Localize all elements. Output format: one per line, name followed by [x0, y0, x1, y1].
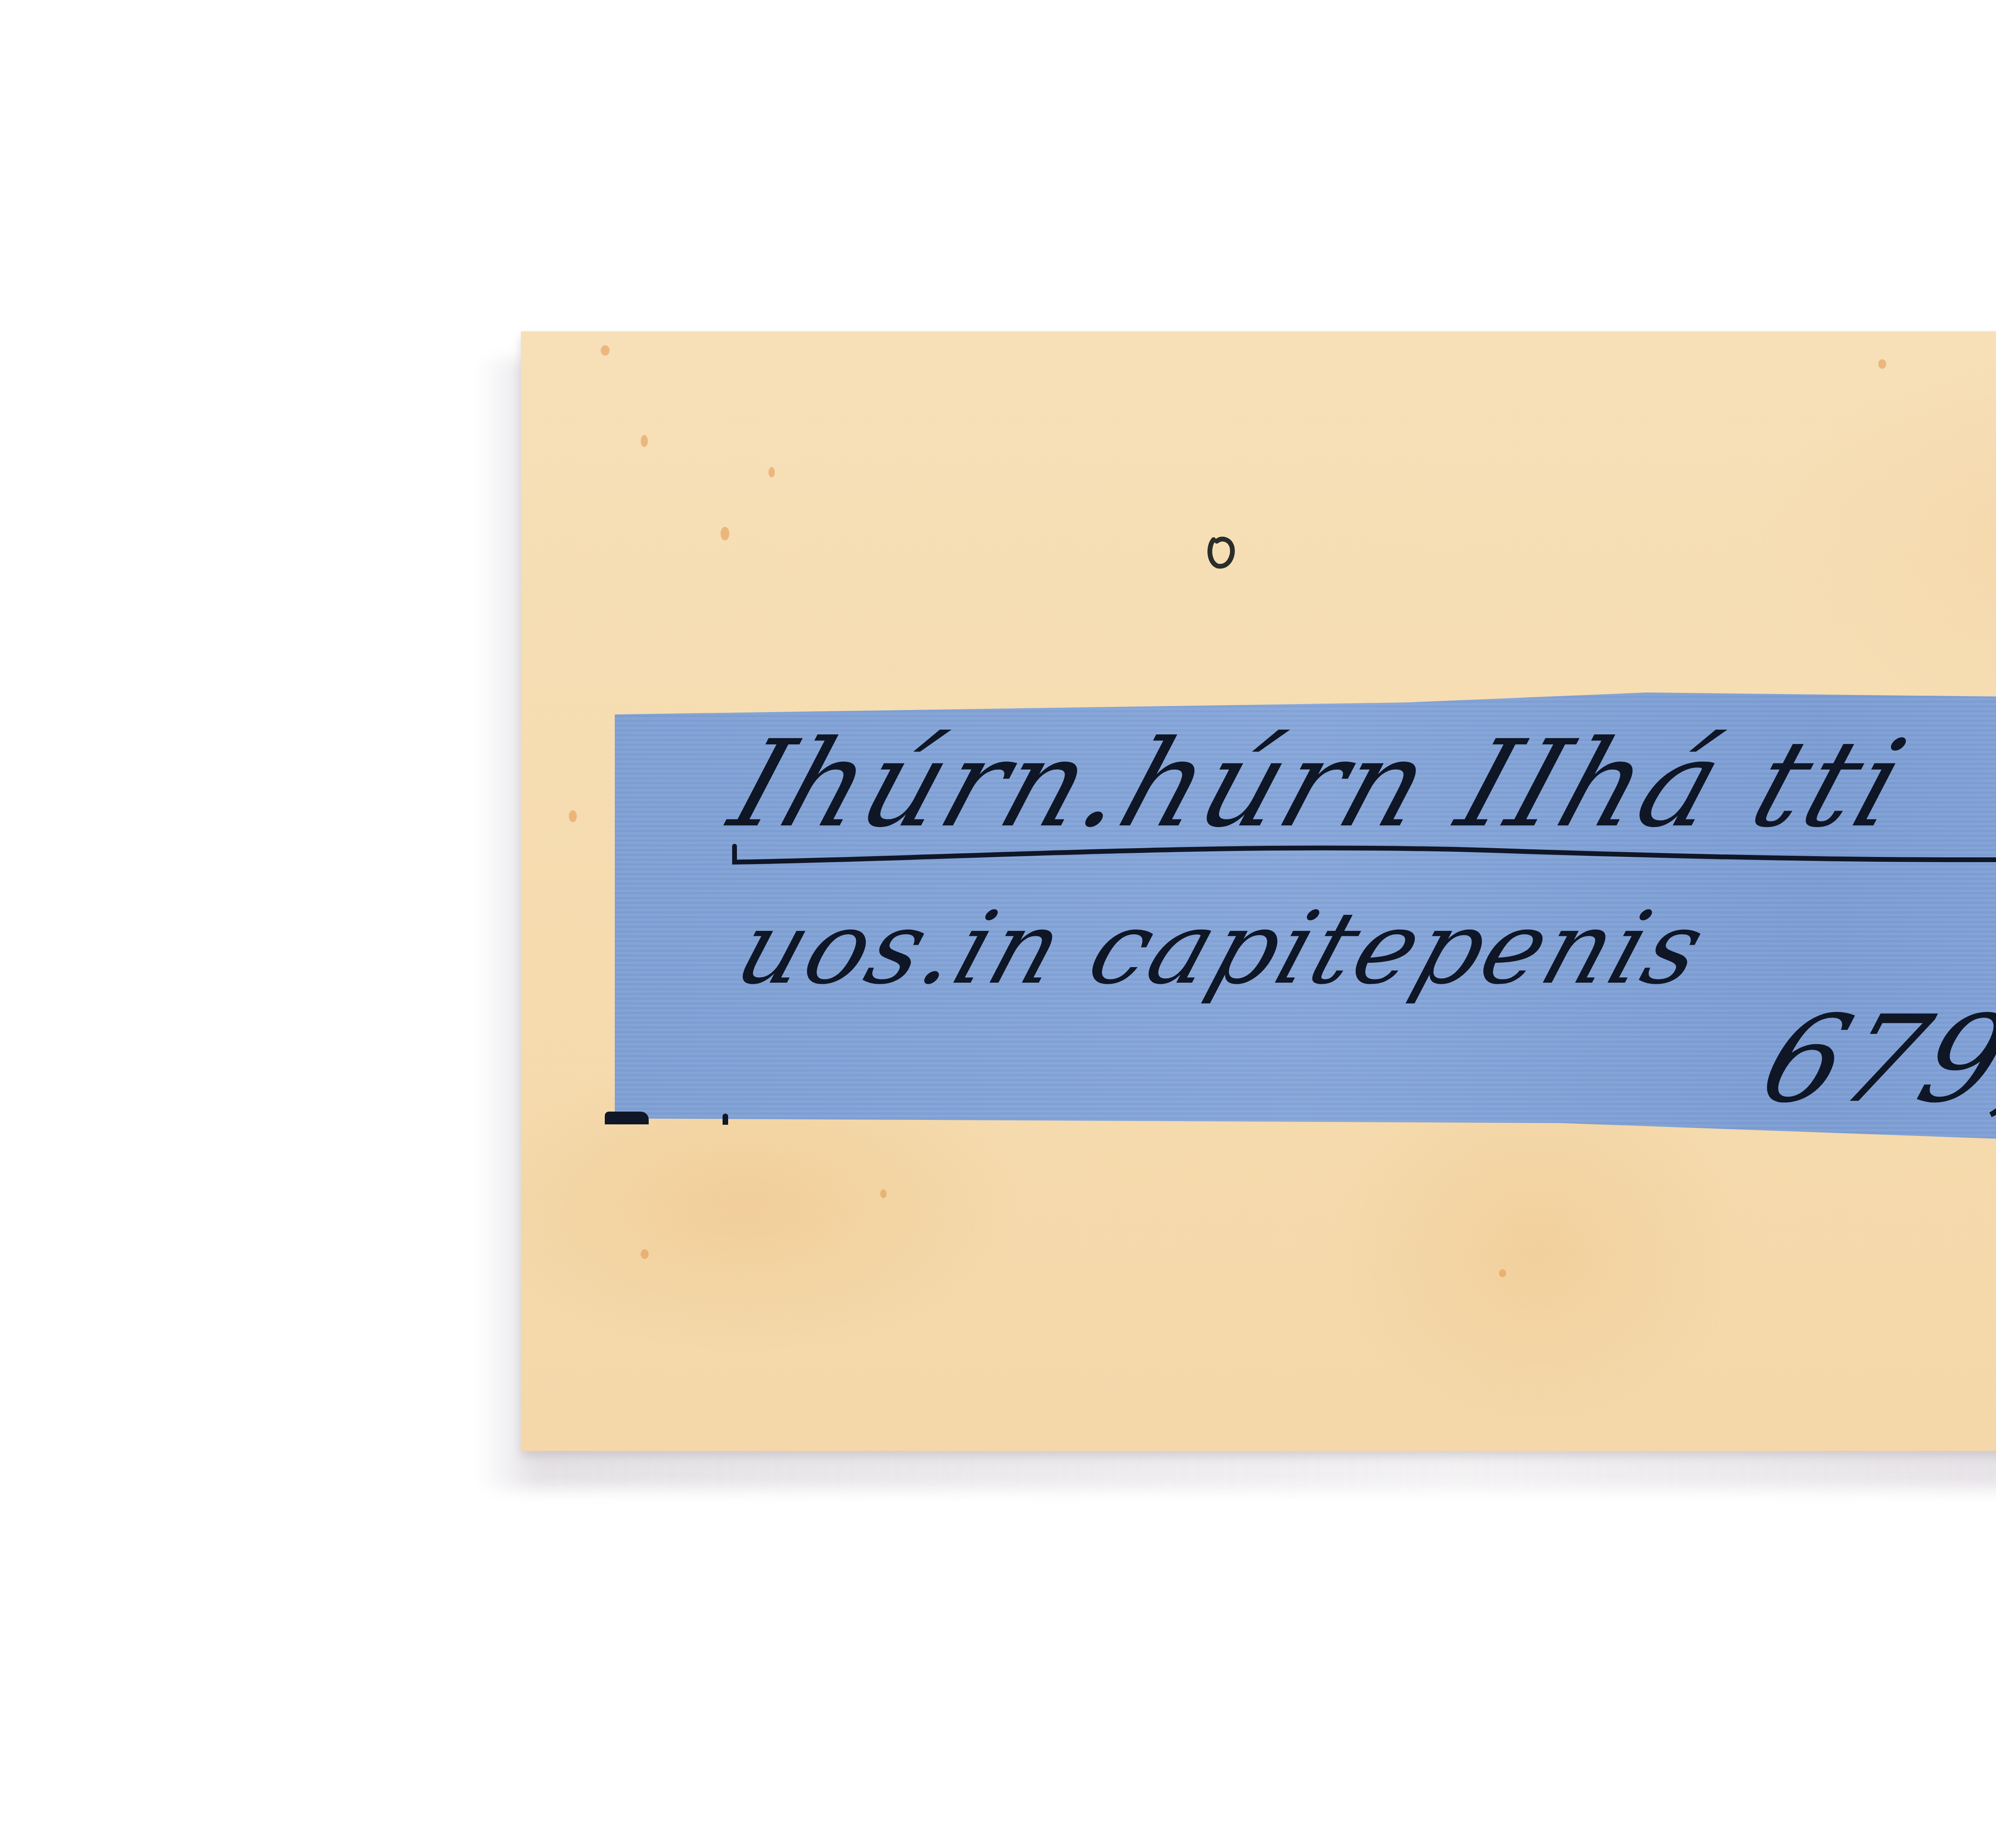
- foxing-spot: [768, 467, 775, 477]
- foxing-spot: [601, 345, 610, 356]
- ink-fragment: [605, 1112, 649, 1124]
- ink-fragment: [723, 1114, 728, 1125]
- foxing-spot: [880, 1189, 887, 1198]
- underline-stroke: [727, 842, 1996, 866]
- foxing-spot: [721, 527, 729, 540]
- foxing-spot: [641, 1249, 649, 1259]
- slip-line-2: uos.in capitepenis: [724, 890, 1721, 1006]
- slip-line-1: Ihúrn.húrn IIhá tti: [716, 714, 1923, 854]
- foxing-spot: [641, 435, 648, 447]
- foxing-spot: [1878, 359, 1886, 369]
- mount-mark-o: [1206, 535, 1238, 571]
- foxing-spot: [1499, 1269, 1506, 1277]
- foxing-spot: [569, 810, 577, 822]
